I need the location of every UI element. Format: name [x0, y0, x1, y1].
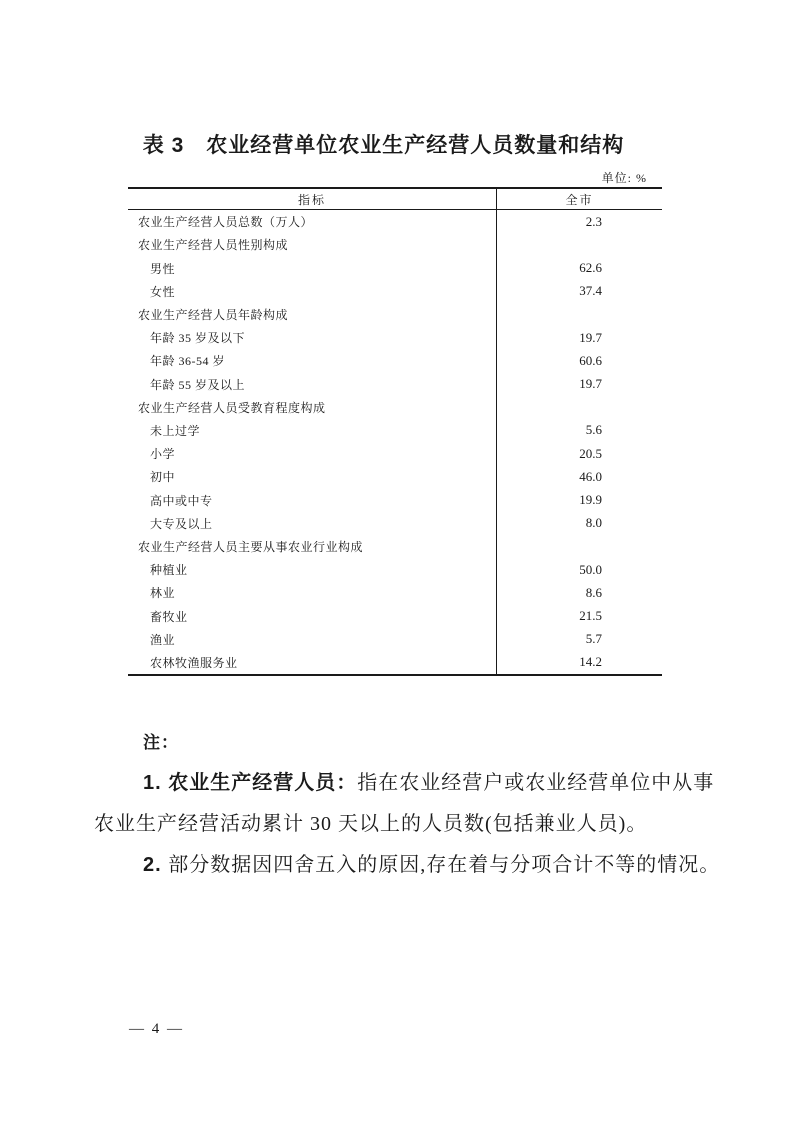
- row-label: 农林牧渔服务业: [128, 651, 497, 674]
- table-row: 农业生产经营人员年龄构成: [128, 303, 662, 326]
- row-value: 19.9: [497, 488, 662, 511]
- table-row: 农业生产经营人员总数（万人）2.3: [128, 210, 662, 233]
- table-row: 林业8.6: [128, 581, 662, 604]
- table-row: 男性62.6: [128, 256, 662, 279]
- row-value: [497, 303, 662, 326]
- table-row: 大专及以上8.0: [128, 512, 662, 535]
- row-label: 年龄 55 岁及以上: [128, 372, 497, 395]
- row-label: 种植业: [128, 558, 497, 581]
- table-row: 农业生产经营人员主要从事农业行业构成: [128, 535, 662, 558]
- note-1-line-1: 1. 农业生产经营人员：指在农业经营户或农业经营单位中从事: [94, 763, 766, 804]
- row-value: 2.3: [497, 210, 662, 233]
- row-value: [497, 396, 662, 419]
- table-body: 农业生产经营人员总数（万人）2.3农业生产经营人员性别构成男性62.6女性37.…: [128, 210, 662, 674]
- row-value: 37.4: [497, 280, 662, 303]
- row-label: 畜牧业: [128, 604, 497, 627]
- note-2: 2. 部分数据因四舍五入的原因,存在着与分项合计不等的情况。: [94, 845, 766, 886]
- row-label: 渔业: [128, 628, 497, 651]
- unit-label: 单位: %: [602, 169, 647, 186]
- row-value: 62.6: [497, 256, 662, 279]
- row-value: 14.2: [497, 651, 662, 674]
- note-1-text-start: 指在农业经营户或农业经营单位中从事: [357, 772, 714, 794]
- row-label: 农业生产经营人员主要从事农业行业构成: [128, 535, 497, 558]
- row-value: [497, 535, 662, 558]
- row-label: 农业生产经营人员性别构成: [128, 233, 497, 256]
- table-row: 农业生产经营人员性别构成: [128, 233, 662, 256]
- row-label: 小学: [128, 442, 497, 465]
- row-value: 50.0: [497, 558, 662, 581]
- table-row: 年龄 55 岁及以上19.7: [128, 372, 662, 395]
- row-label: 女性: [128, 280, 497, 303]
- row-label: 年龄 35 岁及以下: [128, 326, 497, 349]
- table-row: 农业生产经营人员受教育程度构成: [128, 396, 662, 419]
- column-header-citywide: 全市: [497, 189, 662, 209]
- row-label: 林业: [128, 581, 497, 604]
- row-value: 46.0: [497, 465, 662, 488]
- table-row: 农林牧渔服务业14.2: [128, 651, 662, 674]
- row-value: 5.6: [497, 419, 662, 442]
- notes-heading: 注：: [94, 722, 766, 763]
- table-row: 未上过学5.6: [128, 419, 662, 442]
- row-label: 农业生产经营人员年龄构成: [128, 303, 497, 326]
- row-label: 男性: [128, 256, 497, 279]
- table-row: 渔业5.7: [128, 628, 662, 651]
- row-value: 20.5: [497, 442, 662, 465]
- column-header-indicator: 指标: [128, 189, 497, 209]
- row-value: 5.7: [497, 628, 662, 651]
- row-label: 农业生产经营人员总数（万人）: [128, 210, 497, 233]
- table-row: 小学20.5: [128, 442, 662, 465]
- row-label: 年龄 36-54 岁: [128, 349, 497, 372]
- note-2-text: 部分数据因四舍五入的原因,存在着与分项合计不等的情况。: [168, 854, 720, 876]
- row-value: [497, 233, 662, 256]
- table-row: 年龄 36-54 岁60.6: [128, 349, 662, 372]
- page-number: — 4 —: [129, 1021, 184, 1038]
- row-value: 19.7: [497, 326, 662, 349]
- page-title: 表 3 农业经营单位农业生产经营人员数量和结构: [0, 129, 767, 159]
- row-label: 大专及以上: [128, 512, 497, 535]
- table-header-row: 指标 全市: [128, 189, 662, 210]
- notes-section: 注： 1. 农业生产经营人员：指在农业经营户或农业经营单位中从事 农业生产经营活…: [94, 722, 766, 886]
- row-label: 高中或中专: [128, 488, 497, 511]
- table-row: 女性37.4: [128, 280, 662, 303]
- indicators-table: 指标 全市 农业生产经营人员总数（万人）2.3农业生产经营人员性别构成男性62.…: [128, 187, 662, 676]
- table-row: 年龄 35 岁及以下19.7: [128, 326, 662, 349]
- table-row: 畜牧业21.5: [128, 604, 662, 627]
- note-2-number-bold: 2.: [143, 854, 168, 876]
- table-row: 种植业50.0: [128, 558, 662, 581]
- document-page: { "page": { "title": "表 3 农业经营单位农业生产经营人员…: [0, 0, 793, 1122]
- note-1-line-2: 农业生产经营活动累计 30 天以上的人员数(包括兼业人员)。: [94, 804, 766, 845]
- row-label: 初中: [128, 465, 497, 488]
- note-1-term-bold: 1. 农业生产经营人员：: [143, 772, 357, 794]
- row-label: 未上过学: [128, 419, 497, 442]
- row-value: 8.6: [497, 581, 662, 604]
- row-value: 8.0: [497, 512, 662, 535]
- row-value: 21.5: [497, 604, 662, 627]
- row-value: 19.7: [497, 372, 662, 395]
- row-value: 60.6: [497, 349, 662, 372]
- table-row: 高中或中专19.9: [128, 488, 662, 511]
- row-label: 农业生产经营人员受教育程度构成: [128, 396, 497, 419]
- table-row: 初中46.0: [128, 465, 662, 488]
